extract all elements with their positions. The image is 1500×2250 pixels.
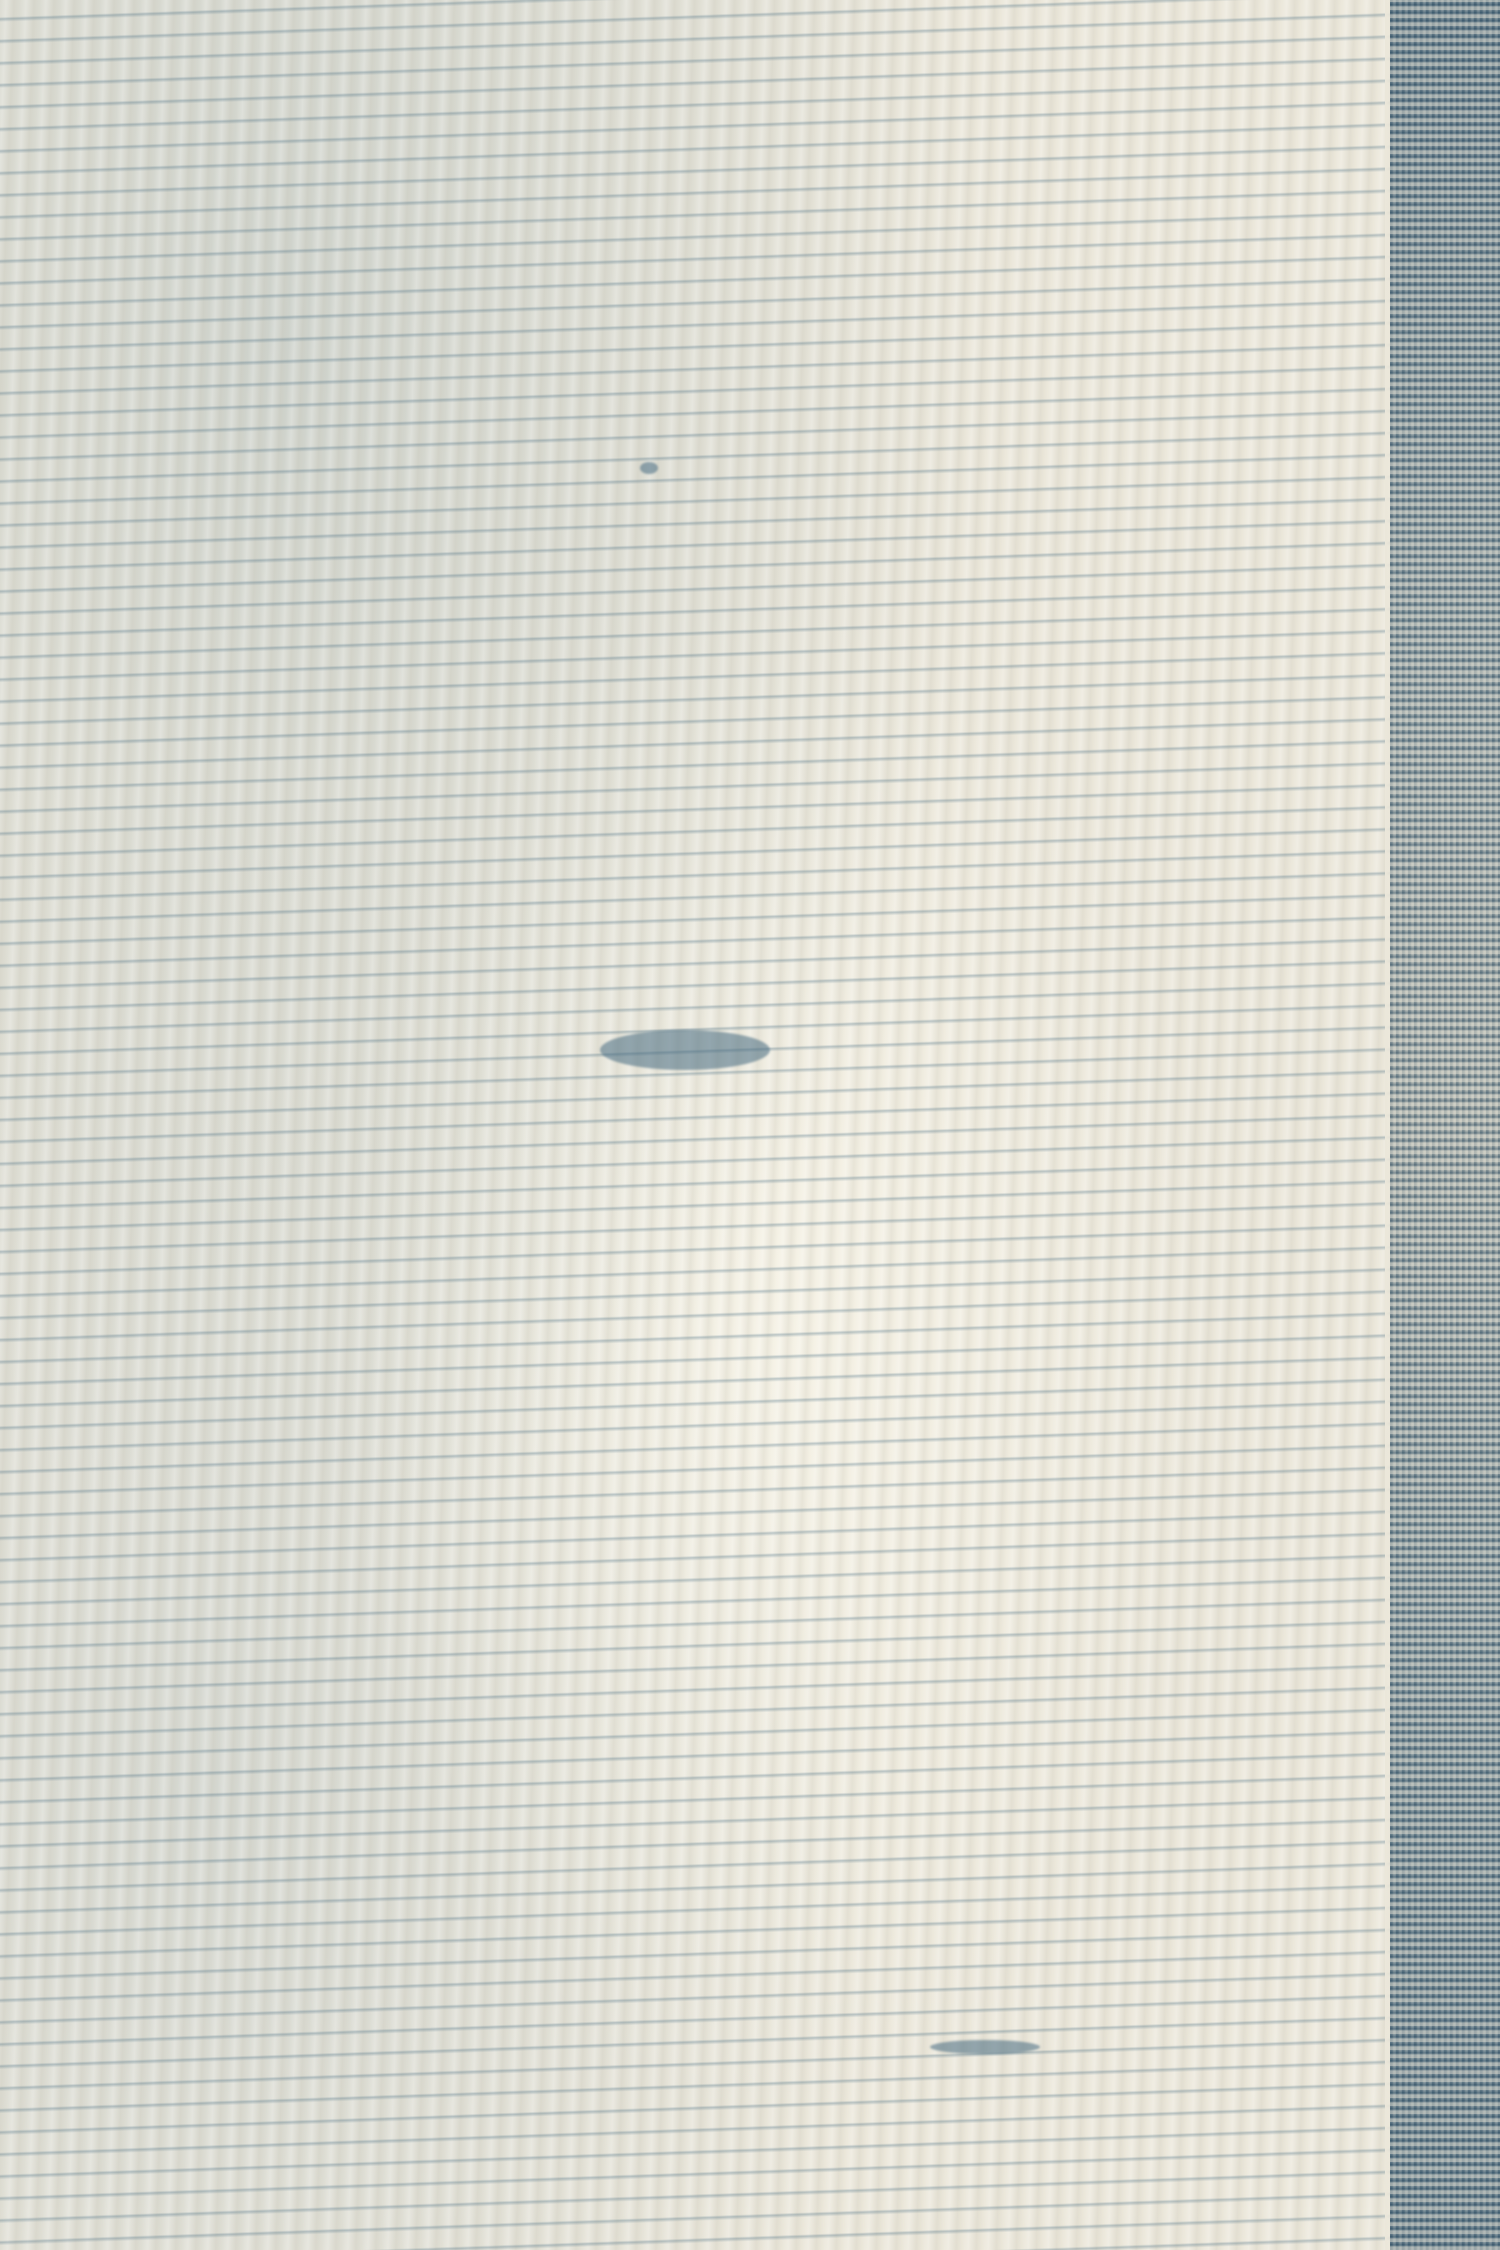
dark-knot-mark bbox=[930, 2040, 1040, 2054]
dark-knot-mark bbox=[640, 462, 658, 474]
rug-pile-field bbox=[0, 0, 1400, 2250]
dark-knot-mark bbox=[600, 1030, 770, 1070]
rug-photo bbox=[0, 0, 1500, 2250]
flatweave-border bbox=[1390, 0, 1500, 2250]
